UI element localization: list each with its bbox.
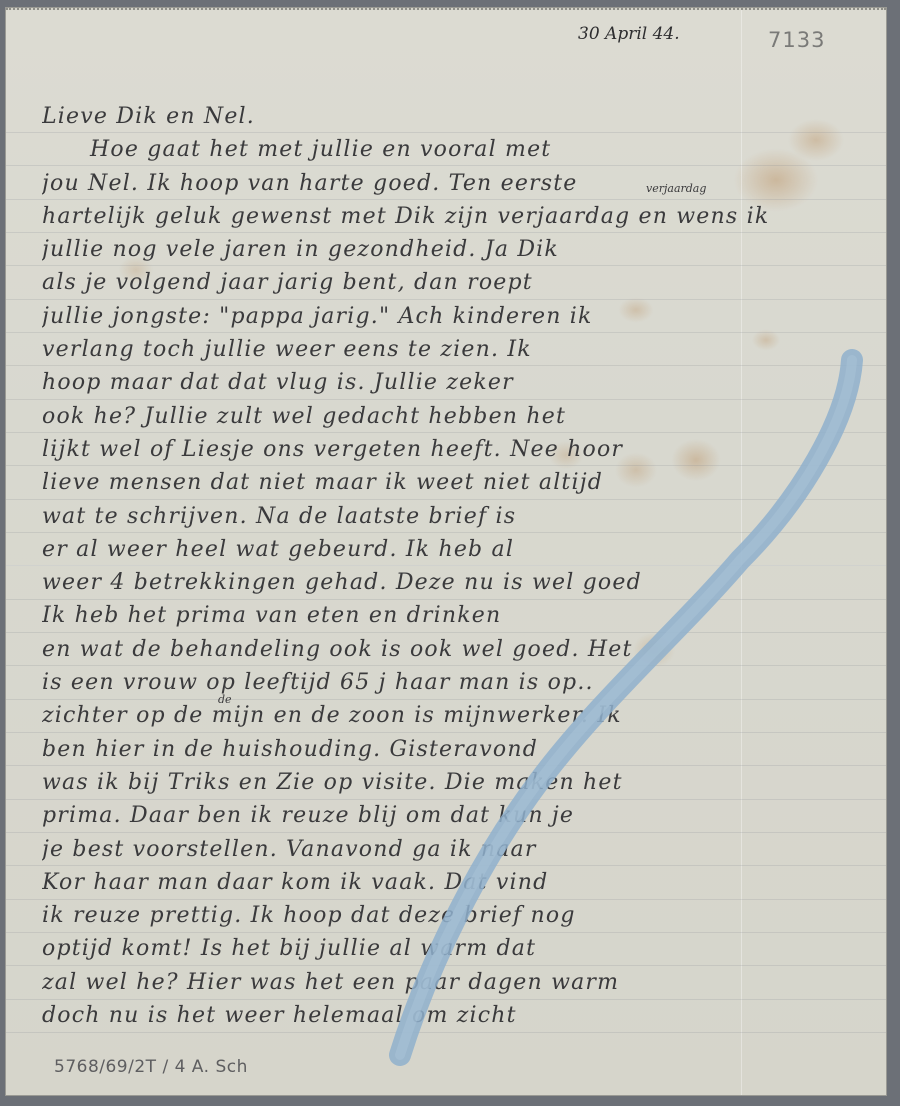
archive-number: 7133 [768, 28, 825, 52]
letter-line: hoop maar dat dat vlug is. Jullie zeker [42, 366, 882, 399]
letter-line: en wat de behandeling ook is ook wel goe… [42, 633, 882, 666]
letter-line: weer 4 betrekkingen gehad. Deze nu is we… [42, 566, 882, 599]
letter-line: zichter op de mijn en de zoon is mijnwer… [42, 699, 882, 732]
letter-line: prima. Daar ben ik reuze blij om dat kun… [42, 799, 882, 832]
catalog-mark: 5768/69/2T / 4 A. Sch [54, 1057, 248, 1077]
letter-line: verlang toch jullie weer eens te zien. I… [42, 333, 882, 366]
letter-line: doch nu is het weer helemaal om zicht [42, 999, 882, 1032]
letter-line: Hoe gaat het met jullie en vooral met [42, 133, 882, 166]
letter-date: 30 April 44. [578, 24, 680, 44]
letter-line: jullie jongste: "pappa jarig." Ach kinde… [42, 300, 882, 333]
letter-line: wat te schrijven. Na de laatste brief is [42, 500, 882, 533]
letter-line: Kor haar man daar kom ik vaak. Dat vind [42, 866, 882, 899]
salutation: Lieve Dik en Nel. [42, 100, 882, 133]
letter-line: lieve mensen dat niet maar ik weet niet … [42, 466, 882, 499]
letter-line: ook he? Jullie zult wel gedacht hebben h… [42, 400, 882, 433]
letter-line: optijd komt! Is het bij jullie al warm d… [42, 932, 882, 965]
letter-line: jou Nel. Ik hoop van harte goed. Ten eer… [42, 167, 882, 200]
letter-line: ben hier in de huishouding. Gisteravond [42, 733, 882, 766]
letter-body: Lieve Dik en Nel. Hoe gaat het met julli… [42, 100, 882, 1032]
letter-line: als je volgend jaar jarig bent, dan roep… [42, 266, 882, 299]
letter-line: jullie nog vele jaren in gezondheid. Ja … [42, 233, 882, 266]
letter-line: er al weer heel wat gebeurd. Ik heb al [42, 533, 882, 566]
document-scan: 30 April 44. 7133 verjaardag de Lieve Di… [0, 0, 900, 1106]
letter-line: hartelijk geluk gewenst met Dik zijn ver… [42, 200, 882, 233]
letter-line: Ik heb het prima van eten en drinken [42, 599, 882, 632]
letter-line: is een vrouw op leeftijd 65 j haar man i… [42, 666, 882, 699]
letter-line: zal wel he? Hier was het een paar dagen … [42, 966, 882, 999]
letter-line: lijkt wel of Liesje ons vergeten heeft. … [42, 433, 882, 466]
letter-line: ik reuze prettig. Ik hoop dat deze brief… [42, 899, 882, 932]
letter-line: je best voorstellen. Vanavond ga ik naar [42, 833, 882, 866]
letter-line: was ik bij Triks en Zie op visite. Die m… [42, 766, 882, 799]
